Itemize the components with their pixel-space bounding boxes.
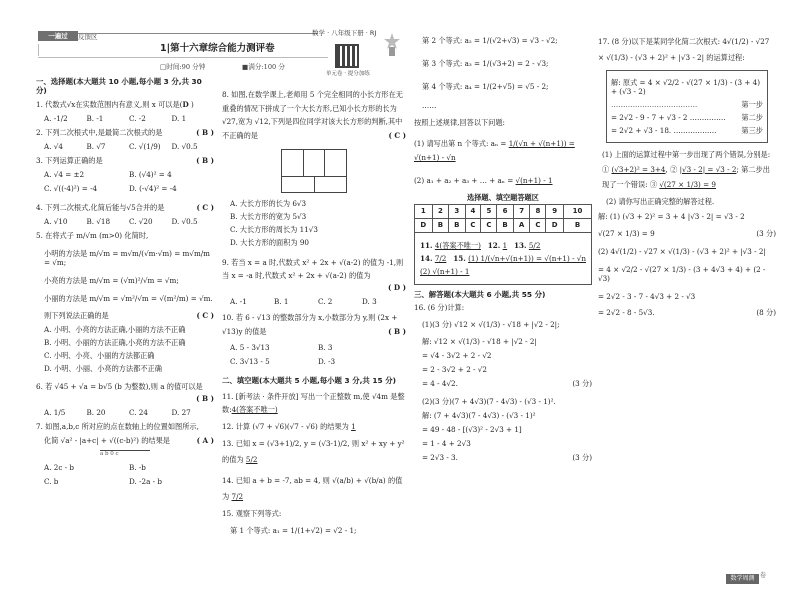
option-c: C. 小明、小亮、小丽的方法都正确	[44, 351, 214, 360]
question-prompt: 按照上述规律,回答以下问题:	[414, 118, 592, 127]
table-cell: 7	[513, 204, 530, 218]
table-cell: B	[497, 218, 513, 232]
option-a: A. 2c - b	[44, 463, 129, 472]
work-line: 解: 原式 = 4 × √2/2 - √(27 × 1/3) - (3 + 4)…	[611, 78, 763, 96]
answer: 5/2	[246, 455, 258, 464]
answer: ( B )	[196, 156, 214, 165]
table-cell: 10	[564, 204, 592, 218]
exam-full-score: ■满分:100 分	[242, 63, 285, 71]
answer: 4(答案不唯一)	[232, 405, 278, 414]
section-1-title: 一、选择题(本大题共 10 小题,每小题 3 分,共 30 分)	[36, 77, 214, 96]
solution-line: (2) 4√(1/2) - √27 × √(1/3) - (√3 + 2)² +…	[598, 247, 776, 256]
answer: ( B )	[196, 128, 214, 137]
method-xiaoming: 小明的方法是 m/√m = m√m/(√m·√m) = m√m/m = √m;	[36, 249, 214, 267]
question-4: 4. 下列二次根式,化简后能与√5合并的是( C ) A. √10B. √18C…	[36, 203, 214, 226]
work-line: = 2√2 - 9 - 7 + √3 - 2 ……………	[611, 113, 726, 122]
option-d: D. 3	[362, 297, 406, 306]
solution-line: = 4 - 4√2.	[422, 379, 458, 388]
answer-12: 1	[503, 241, 508, 250]
question-6: 6. 若 √45 + √a = b√5 (b 为整数),则 a 的值可以是 ( …	[36, 382, 214, 417]
answer-area-title: 选择题、填空题答题区	[414, 193, 592, 202]
option-a: A. 1/5	[44, 408, 87, 417]
option-b: B. √18	[87, 217, 130, 226]
question-text: 17. (8 分)以下是某同学化简二次根式: 4√(1/2) - √27 × √…	[598, 34, 776, 66]
question-11: 11. [新考法 · 条件开放] 写出一个正整数 m,使 √4m 是整数:4(答…	[222, 390, 406, 417]
solution-line: 解: (7 + 4√3)(7 - 4√3) - (√3 - 1)²	[414, 411, 592, 420]
step-label: 第三步	[741, 126, 763, 135]
table-row-numbers: 12345678910	[415, 204, 592, 218]
question-3: 3. 下列运算正确的是( B ) A. √4 = ±2B. (√4)² = 4C…	[36, 156, 214, 198]
answer: ( C )	[196, 203, 214, 212]
table-cell: B	[564, 218, 592, 232]
table-cell: C	[465, 218, 481, 232]
option-d: D. -3	[318, 357, 406, 366]
answer-13: 5/2	[529, 241, 541, 250]
column-1: 一、选择题(本大题共 10 小题,每小题 3 分,共 30 分) 1. 代数式√…	[36, 75, 214, 496]
question-text: 14. 已知 a + b = -7, ab = 4, 则 √(a/b) + √(…	[222, 476, 402, 501]
question-5: 5. 在将式子 m/√m (m>0) 化简时, 小明的方法是 m/√m = m√…	[36, 231, 214, 377]
equation-1: 第 1 个等式: a₁ = 1/(1+√2) = √2 - 1;	[222, 526, 406, 535]
question-text: 7. 如图,a,b,c 所对应的点在数轴上的位置如图所示,	[36, 422, 214, 431]
work-line: ………………………………	[611, 100, 697, 109]
option-c: C. 2	[318, 297, 362, 306]
answer-15-1: (1) 1/(√n+√(n+1)) = √(n+1) - √n	[468, 254, 586, 263]
table-cell: C	[481, 218, 497, 232]
part-2-text: (2) 请你写出正确完整的解答过程.	[598, 197, 776, 206]
question-1: 1. 代数式√x在实数范围内有意义,则 x 可以是(D ) A. -1/2B. …	[36, 100, 214, 123]
option-a: A. -1	[230, 297, 274, 306]
option-b: B. √7	[87, 142, 130, 151]
options: A. 5 - 3√13B. 3C. 3√13 - 5D. -3	[222, 343, 406, 371]
question-text: 12. 计算 (√7 + √6)(√7 - √6) 的结果为	[222, 422, 349, 431]
option-b: B. -1	[87, 114, 130, 123]
option-c: C. 大长方形的周长为 11√3	[230, 225, 406, 234]
table-cell: B	[432, 218, 448, 232]
score-label: (3 分)	[572, 379, 592, 388]
answer: ( B )	[36, 394, 214, 403]
rectangle-figure	[281, 149, 347, 193]
answer: ( A )	[197, 436, 214, 445]
header-bracket	[38, 44, 39, 56]
score-label: (3 分)	[572, 453, 592, 462]
options: A. 小明、小亮的方法正确,小丽的方法不正确B. 小明、小丽的方法正确,小亮的方…	[36, 325, 214, 377]
options: A. √4B. √7C. √(1/9)D. √0.5	[36, 142, 214, 151]
question-text: 8. 如图,在数学课上,老师用 5 个完全相同的小长方形在无重叠的情况下拼成了一…	[222, 90, 403, 140]
feedback-label: 反馈区	[78, 33, 98, 41]
separator: , ②	[666, 165, 678, 174]
question-prompt: 则下列说法正确的是	[44, 311, 109, 320]
section-3-title: 三、解答题(本大题共 6 小题,共 55 分)	[414, 290, 592, 299]
option-d: D. √0.5	[172, 142, 215, 151]
part-2-text: (2) a₁ + a₂ + a₃ + … + aₙ =	[414, 176, 513, 185]
question-7: 7. 如图,a,b,c 所对应的点在数轴上的位置如图所示, 化简 √a² - |…	[36, 422, 214, 491]
part-1-text: (1) 请写出第 n 个等式: aₙ =	[414, 139, 506, 148]
question-14: 14. 已知 a + b = -7, ab = 4, 则 √(a/b) + √(…	[222, 473, 406, 505]
option-b: B. 20	[87, 408, 130, 417]
solution-line: = 2 - 3√2 + 2 - √2	[414, 365, 592, 374]
options: A. √4 = ±2B. (√4)² = 4C. √((-4)²) = -4D.…	[36, 170, 214, 198]
question-text: 3. 下列运算正确的是	[36, 156, 103, 165]
table-cell: 3	[449, 204, 465, 218]
header-rule	[78, 33, 318, 34]
solution-line: = 2√2 - 8 - 5√3.	[598, 308, 655, 317]
answer-table: 12345678910 DBBCCBACDB	[414, 204, 592, 233]
answer: ( C )	[388, 129, 406, 143]
option-c: C. √20	[129, 217, 172, 226]
table-cell: 5	[481, 204, 497, 218]
qr-caption: 单元卷 · 提分加练	[326, 71, 370, 78]
option-a: A. √4	[44, 142, 87, 151]
part-2-text: (2)(3 分)(7 + 4√3)(7 - 4√3) - (√3 - 1)².	[414, 397, 592, 406]
method-xiaoliang: 小亮的方法是 m/√m = (√m)²/√m = √m;	[36, 276, 214, 285]
option-a: A. √4 = ±2	[44, 170, 129, 179]
options: A. 1/5B. 20C. 24D. 27	[36, 408, 214, 417]
option-b: B. 1	[274, 297, 318, 306]
solution-line: = 49 - 48 - [(√3)² - 2√3 + 1]	[414, 425, 592, 434]
score-label: (8 分)	[756, 308, 776, 317]
step-label: 第二步	[741, 113, 763, 122]
score-label: (3 分)	[756, 229, 776, 238]
question-text-2: 化简 √a² - |a+c| + √((c-b)²) 的结果是	[44, 436, 170, 445]
question-10: 10. 若 6 - √13 的整数部分为 x,小数部分为 y,则 (2x + √…	[222, 311, 406, 371]
fill-answer-box: 11. 4(答案不唯一) 12. 1 13. 5/2 14. 7/2 15. (…	[414, 233, 592, 285]
question-text: 2. 下列二次根式中,是最简二次根式的是	[36, 128, 162, 137]
options: A. 大长方形的长为 6√3B. 大长方形的宽为 5√3C. 大长方形的周长为 …	[222, 199, 406, 251]
table-cell: D	[415, 218, 433, 232]
question-12: 12. 计算 (√7 + √6)(√7 - √6) 的结果为 1	[222, 422, 406, 431]
column-3: 第 2 个等式: a₂ = 1/(√2+√3) = √3 - √2; 第 3 个…	[414, 30, 592, 467]
option-c: C. 3√13 - 5	[230, 357, 318, 366]
option-d: D. √0.5	[172, 217, 215, 226]
error-2: |√3 - 2| = √3 - 2	[680, 165, 737, 174]
option-c: C. 24	[129, 408, 172, 417]
page-title: 1|第十六章综合能力测评卷	[160, 43, 275, 55]
table-cell: 6	[497, 204, 513, 218]
option-d: D. (-√4)² = -4	[129, 184, 214, 193]
table-cell: 9	[546, 204, 564, 218]
page-badge: 数学周测 01	[726, 574, 759, 584]
option-a: A. 小明、小亮的方法正确,小丽的方法不正确	[44, 325, 214, 334]
table-cell: 2	[432, 204, 448, 218]
number-line-figure: a b 0 c	[100, 450, 150, 458]
answer-15-2: (2) √(n+1) - 1	[420, 267, 469, 276]
question-text: 6. 若 √45 + √a = b√5 (b 为整数),则 a 的值可以是	[36, 382, 214, 391]
series-tag: 一遍过	[38, 31, 78, 41]
option-a: A. -1/2	[44, 114, 87, 123]
solution-line: = 2√3 - 3.	[422, 453, 458, 462]
option-a: A. 5 - 3√13	[230, 343, 318, 352]
answer: ( D )	[222, 283, 406, 292]
options: A. -1B. 1C. 2D. 3	[222, 297, 406, 306]
answer: D	[183, 100, 189, 109]
error-3: √(27 × 1/3) = 9	[659, 180, 716, 189]
option-a: A. 大长方形的长为 6√3	[230, 199, 406, 208]
option-b: B. 大长方形的宽为 5√3	[230, 212, 406, 221]
column-2: 8. 如图,在数学课上,老师用 5 个完全相同的小长方形在无重叠的情况下拼成了一…	[222, 88, 406, 540]
solution-line: 解: (1) (√3 + 2)² = 3 + 4 |√3 - 2| = √3 -…	[598, 212, 776, 221]
question-text: 1. 代数式√x在实数范围内有意义,则 x 可以是(	[36, 100, 183, 109]
column-4: 17. (8 分)以下是某同学化简二次根式: 4√(1/2) - √27 × √…	[598, 30, 776, 324]
option-b: B. -b	[129, 463, 214, 472]
star-mascot-icon	[384, 33, 400, 57]
ellipsis: ……	[414, 101, 592, 110]
part-1-text: (1)(3 分) √12 × √(1/3) - √18 + |√2 - 2|;	[414, 320, 592, 329]
section-2-title: 二、填空题(本大题共 5 小题,每小题 3 分,共 15 分)	[222, 376, 406, 385]
answer-11: 4(答案不唯一)	[435, 241, 481, 250]
options: A. 2c - bB. -bC. bD. -2a - b	[36, 463, 214, 491]
header-rule-bottom	[38, 57, 328, 58]
step-label: 第一步	[741, 100, 763, 109]
question-text: 15. 观察下列等式:	[222, 509, 406, 518]
work-line: = 2√2 + √3 - 18. ………………	[611, 126, 717, 135]
table-row-answers: DBBCCBACDB	[415, 218, 592, 232]
table-cell: B	[449, 218, 465, 232]
option-d: D. 小明、小丽、小亮的方法都不正确	[44, 364, 214, 373]
answer-14: 7/2	[435, 254, 447, 263]
solution-line: = 1 - 4 + 2√3	[414, 439, 592, 448]
question-9: 9. 若当 x = a 时,代数式 x² + 2x + √(a-2) 的值为 -…	[222, 256, 406, 306]
question-15: 15. 观察下列等式: 第 1 个等式: a₁ = 1/(1+√2) = √2 …	[222, 509, 406, 535]
equation-4: 第 4 个等式: a₄ = 1/(2+√5) = √5 - 2;	[414, 82, 592, 91]
option-d: D. -2a - b	[129, 477, 214, 486]
student-work-box: 解: 原式 = 4 × √2/2 - √(27 × 1/3) - (3 + 4)…	[606, 70, 768, 143]
option-b: B. (√4)² = 4	[129, 170, 214, 179]
table-cell: 8	[530, 204, 546, 218]
solution-line: 解: √12 × √(1/3) - √18 + |√2 - 2|	[414, 337, 592, 346]
option-d: D. 27	[172, 408, 215, 417]
qr-code-icon[interactable]	[335, 44, 359, 68]
question-16: 16. (6 分)计算: (1)(3 分) √12 × √(1/3) - √18…	[414, 303, 592, 462]
options: A. √10B. √18C. √20D. √0.5	[36, 217, 214, 226]
equation-3: 第 3 个等式: a₃ = 1/(√3+2) = 2 - √3;	[414, 59, 592, 68]
table-cell: 4	[465, 204, 481, 218]
table-cell: 1	[415, 204, 433, 218]
question-8: 8. 如图,在数学课上,老师用 5 个完全相同的小长方形在无重叠的情况下拼成了一…	[222, 88, 406, 251]
question-text: 16. (6 分)计算:	[414, 303, 592, 312]
question-2: 2. 下列二次根式中,是最简二次根式的是( B ) A. √4B. √7C. √…	[36, 128, 214, 151]
option-c: C. √((-4)²) = -4	[44, 184, 129, 193]
question-17: 17. (8 分)以下是某同学化简二次根式: 4√(1/2) - √27 × √…	[598, 34, 776, 317]
exam-time: □时间:90 分钟	[160, 63, 205, 71]
table-cell: D	[546, 218, 564, 232]
table-cell: A	[513, 218, 530, 232]
question-text: 5. 在将式子 m/√m (m>0) 化简时,	[36, 231, 214, 240]
table-cell: C	[530, 218, 546, 232]
solution-line: = 2√2 - 3 - 7 - 4√3 + 2 - √3	[598, 292, 776, 301]
option-c: C. b	[44, 477, 129, 486]
option-b: B. 小明、小丽的方法正确,小亮的方法不正确	[44, 338, 214, 347]
option-a: A. √10	[44, 217, 87, 226]
option-b: B. 3	[318, 343, 406, 352]
option-c: C. √(1/9)	[129, 142, 172, 151]
question-text: 9. 若当 x = a 时,代数式 x² + 2x + √(a-2) 的值为 -…	[222, 256, 406, 283]
question-text: 10. 若 6 - √13 的整数部分为 x,小数部分为 y,则 (2x + √…	[222, 313, 397, 336]
question-13: 13. 已知 x = (√3+1)/2, y = (√3-1)/2, 则 x² …	[222, 436, 406, 468]
number-line-labels: a b 0 c	[100, 451, 119, 457]
option-d: D. 大长方形的面积为 90	[230, 238, 406, 247]
answer: 7/2	[232, 492, 244, 501]
method-xiaoli: 小丽的方法是 m/√m = √m²/√m = √(m²/m) = √m.	[36, 294, 214, 303]
answer: ( B )	[388, 325, 406, 339]
option-d: D. 1	[172, 114, 215, 123]
part-2-answer: √(n+1) - 1	[516, 176, 553, 185]
question-text: 4. 下列二次根式,化简后能与√5合并的是	[36, 203, 164, 212]
options: A. -1/2B. -1C. -2D. 1	[36, 114, 214, 123]
book-label: 数学 · 八年级下册 · RJ	[312, 29, 376, 37]
answer: ( C )	[196, 311, 214, 320]
solution-line: = √4 - 3√2 + 2 - √2	[414, 351, 592, 360]
page-suffix: 卷	[760, 572, 766, 580]
equation-2: 第 2 个等式: a₂ = 1/(√2+√3) = √3 - √2;	[414, 36, 592, 45]
solution-line: = 4 × √2/2 - √(27 × 1/3) - (3 + 4√3 + 4)…	[598, 265, 776, 283]
error-1: (√3+2)² = 3+4	[612, 165, 666, 174]
option-c: C. -2	[129, 114, 172, 123]
solution-line: √(27 × 1/3) = 9	[598, 229, 655, 238]
answer: 1	[351, 422, 356, 431]
